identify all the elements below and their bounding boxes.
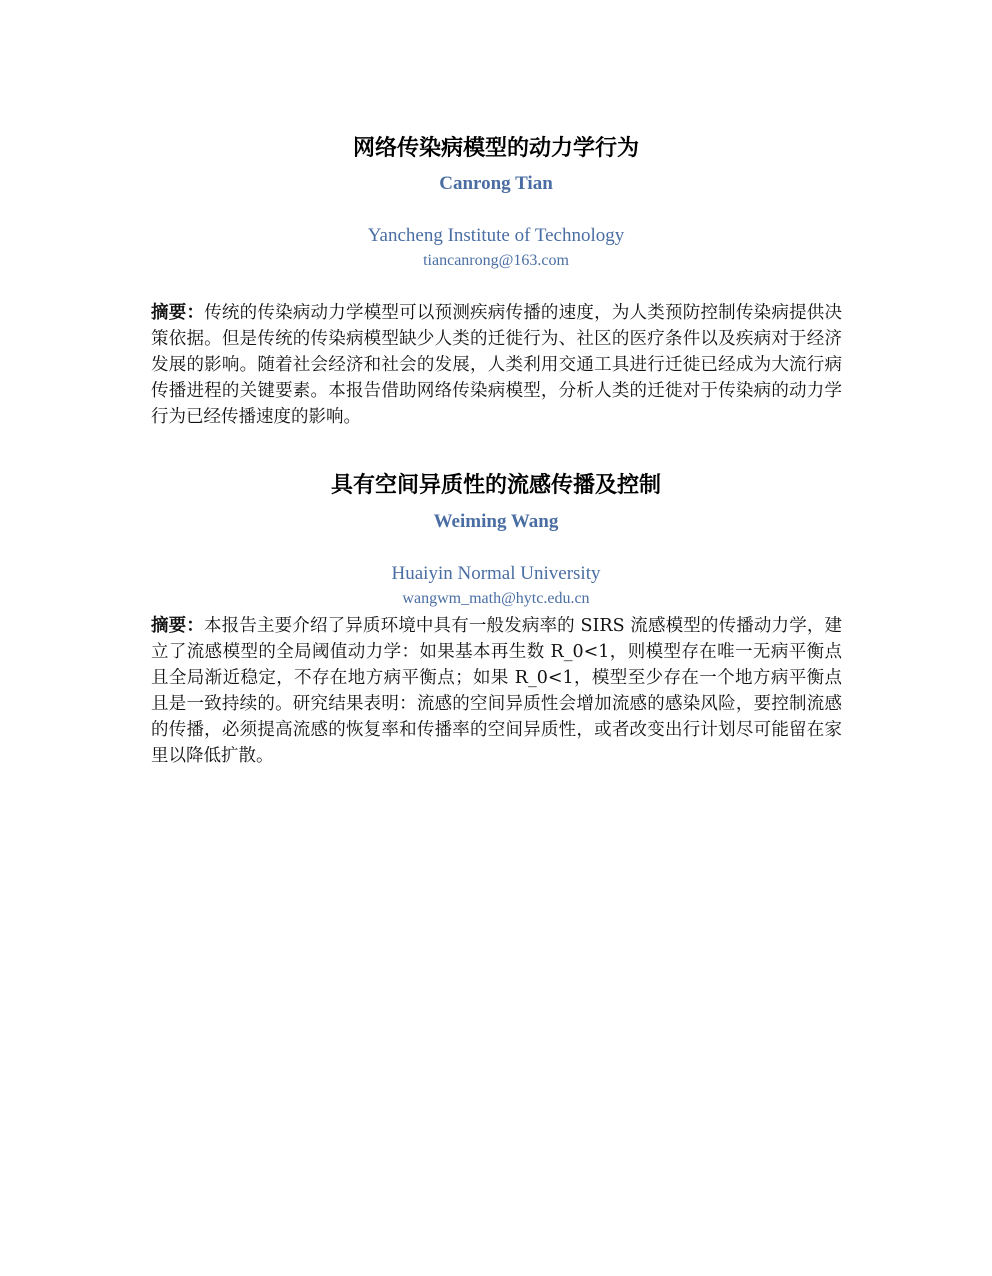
paper-1-abstract: 摘要：传统的传染病动力学模型可以预测疾病传播的速度，为人类预防控制传染病提供决策… bbox=[151, 300, 842, 430]
paper-2-email: wangwm_math@hytc.edu.cn bbox=[0, 590, 992, 608]
paper-1-author: Canrong Tian bbox=[0, 173, 992, 195]
paper-1-affiliation: Yancheng Institute of Technology bbox=[0, 225, 992, 247]
paper-1-title: 网络传染病模型的动力学行为 bbox=[0, 131, 992, 162]
paper-1-email: tiancanrong@163.com bbox=[0, 252, 992, 270]
abstract-separator: ： bbox=[186, 616, 204, 636]
abstract-text: 传统的传染病动力学模型可以预测疾病传播的速度，为人类预防控制传染病提供决策依据。… bbox=[151, 303, 842, 427]
paper-2-affiliation: Huaiyin Normal University bbox=[0, 563, 992, 585]
abstract-label: 摘要 bbox=[151, 616, 186, 636]
abstract-separator: ： bbox=[186, 303, 204, 323]
abstract-label: 摘要 bbox=[151, 303, 186, 323]
paper-2-title: 具有空间异质性的流感传播及控制 bbox=[0, 468, 992, 499]
document-page: 网络传染病模型的动力学行为 Canrong Tian Yancheng Inst… bbox=[0, 0, 992, 1276]
paper-2-author: Weiming Wang bbox=[0, 511, 992, 533]
paper-2-abstract: 摘要：本报告主要介绍了异质环境中具有一般发病率的 SIRS 流感模型的传播动力学… bbox=[151, 613, 842, 769]
abstract-text: 本报告主要介绍了异质环境中具有一般发病率的 SIRS 流感模型的传播动力学，建立… bbox=[151, 616, 842, 766]
